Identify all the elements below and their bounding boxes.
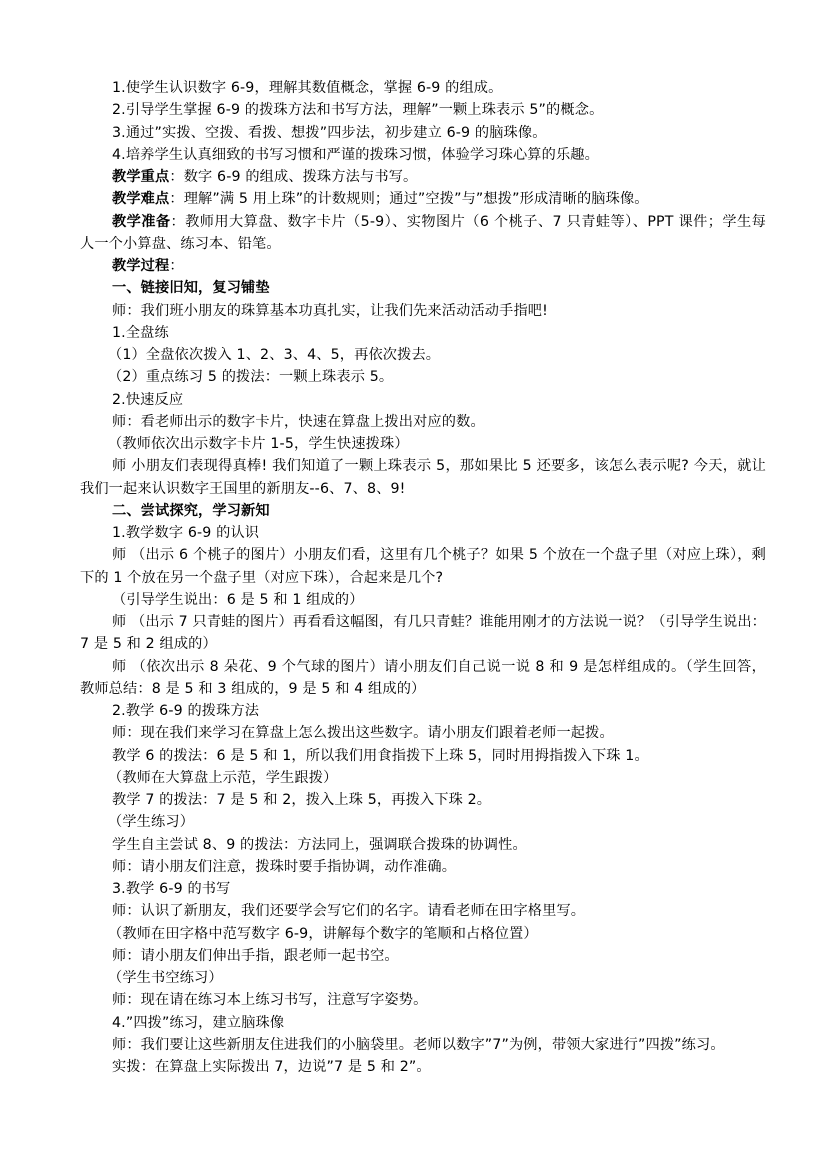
s2-line: （学生练习） <box>80 811 766 833</box>
s1-line: 师：看老师出示的数字卡片，快速在算盘上拨出对应的数。 <box>80 411 766 433</box>
s2-line: （教师在大算盘上示范，学生跟拨） <box>80 767 766 789</box>
key-point-label: 教学重点 <box>112 169 169 185</box>
s2-line: （教师在田字格中范写数字 6-9，讲解每个数字的笔顺和占格位置） <box>80 923 766 945</box>
preparation-text: ：教师用大算盘、数字卡片（5-9）、实物图片（6 个桃子、7 只青蛙等）、PPT… <box>80 214 766 252</box>
objective-4: 4.培养学生认真细致的书写习惯和严谨的拨珠习惯，体验学习珠心算的乐趣。 <box>80 144 766 166</box>
objective-3: 3.通过”实拨、空拨、看拨、想拨”四步法，初步建立 6-9 的脑珠像。 <box>80 122 766 144</box>
s2-line: 师：现在我们来学习在算盘上怎么拨出这些数字。请小朋友们跟着老师一起拨。 <box>80 722 766 744</box>
s2-line: 师 （出示 7 只青蛙的图片）再看看这幅图，有几只青蛙？谁能用刚才的方法说一说？… <box>80 611 766 656</box>
preparation: 教学准备：教师用大算盘、数字卡片（5-9）、实物图片（6 个桃子、7 只青蛙等）… <box>80 211 766 256</box>
s2-line: 1.教学数字 6-9 的认识 <box>80 522 766 544</box>
difficulty-label: 教学难点 <box>112 191 169 207</box>
s2-line: 师：请小朋友们注意，拨珠时要手指协调，动作准确。 <box>80 856 766 878</box>
s2-line: 师 （出示 6 个桃子的图片）小朋友们看，这里有几个桃子？如果 5 个放在一个盘… <box>80 544 766 589</box>
s2-line: 师 （依次出示 8 朵花、9 个气球的图片）请小朋友们自己说一说 8 和 9 是… <box>80 656 766 701</box>
s2-line: 4.”四拨”练习，建立脑珠像 <box>80 1012 766 1034</box>
objective-2: 2.引导学生掌握 6-9 的拨珠方法和书写方法，理解”一颗上珠表示 5”的概念。 <box>80 99 766 121</box>
key-point-text: ：数字 6-9 的组成、拨珠方法与书写。 <box>169 169 417 185</box>
process-heading: 教学过程： <box>80 255 766 277</box>
s2-line: （学生书空练习） <box>80 967 766 989</box>
s2-line: 师：我们要让这些新朋友住进我们的小脑袋里。老师以数字”7”为例，带领大家进行”四… <box>80 1034 766 1056</box>
s2-line: 师：请小朋友们伸出手指，跟老师一起书空。 <box>80 945 766 967</box>
preparation-label: 教学准备 <box>112 214 171 230</box>
s1-line: （教师依次出示数字卡片 1-5，学生快速拨珠） <box>80 433 766 455</box>
s1-line: 1.全盘练 <box>80 322 766 344</box>
objective-1: 1.使学生认识数字 6-9，理解其数值概念，掌握 6-9 的组成。 <box>80 77 766 99</box>
s2-line: 教学 6 的拨法：6 是 5 和 1，所以我们用食指拨下上珠 5，同时用拇指拨入… <box>80 745 766 767</box>
s2-line: 师：认识了新朋友，我们还要学会写它们的名字。请看老师在田字格里写。 <box>80 900 766 922</box>
process-colon: ： <box>169 258 183 274</box>
process-label: 教学过程 <box>112 258 169 274</box>
s2-line: 2.教学 6-9 的拨珠方法 <box>80 700 766 722</box>
s2-line: 实拨：在算盘上实际拨出 7，边说”7 是 5 和 2”。 <box>80 1056 766 1078</box>
section-2-title: 二、尝试探究，学习新知 <box>80 500 766 522</box>
s1-line: 2.快速反应 <box>80 389 766 411</box>
lesson-plan-page: 1.使学生认识数字 6-9，理解其数值概念，掌握 6-9 的组成。 2.引导学生… <box>80 77 766 1078</box>
key-point: 教学重点：数字 6-9 的组成、拨珠方法与书写。 <box>80 166 766 188</box>
s2-line: 教学 7 的拨法：7 是 5 和 2，拨入上珠 5，再拨入下珠 2。 <box>80 789 766 811</box>
s1-line: （2）重点练习 5 的拨法：一颗上珠表示 5。 <box>80 366 766 388</box>
s2-line: （引导学生说出：6 是 5 和 1 组成的） <box>80 589 766 611</box>
difficulty-text: ：理解”满 5 用上珠”的计数规则；通过”空拨”与”想拨”形成清晰的脑珠像。 <box>169 191 648 207</box>
s1-line: （1）全盘依次拨入 1、2、3、4、5，再依次拨去。 <box>80 344 766 366</box>
s1-line: 师 小朋友们表现得真棒! 我们知道了一颗上珠表示 5，那如果比 5 还要多，该怎… <box>80 455 766 500</box>
s2-line: 师：现在请在练习本上练习书写，注意写字姿势。 <box>80 989 766 1011</box>
difficulty: 教学难点：理解”满 5 用上珠”的计数规则；通过”空拨”与”想拨”形成清晰的脑珠… <box>80 188 766 210</box>
section-1-title: 一、链接旧知，复习铺垫 <box>80 277 766 299</box>
s2-line: 学生自主尝试 8、9 的拨法：方法同上，强调联合拨珠的协调性。 <box>80 834 766 856</box>
s1-line: 师：我们班小朋友的珠算基本功真扎实，让我们先来活动活动手指吧! <box>80 300 766 322</box>
s2-line: 3.教学 6-9 的书写 <box>80 878 766 900</box>
